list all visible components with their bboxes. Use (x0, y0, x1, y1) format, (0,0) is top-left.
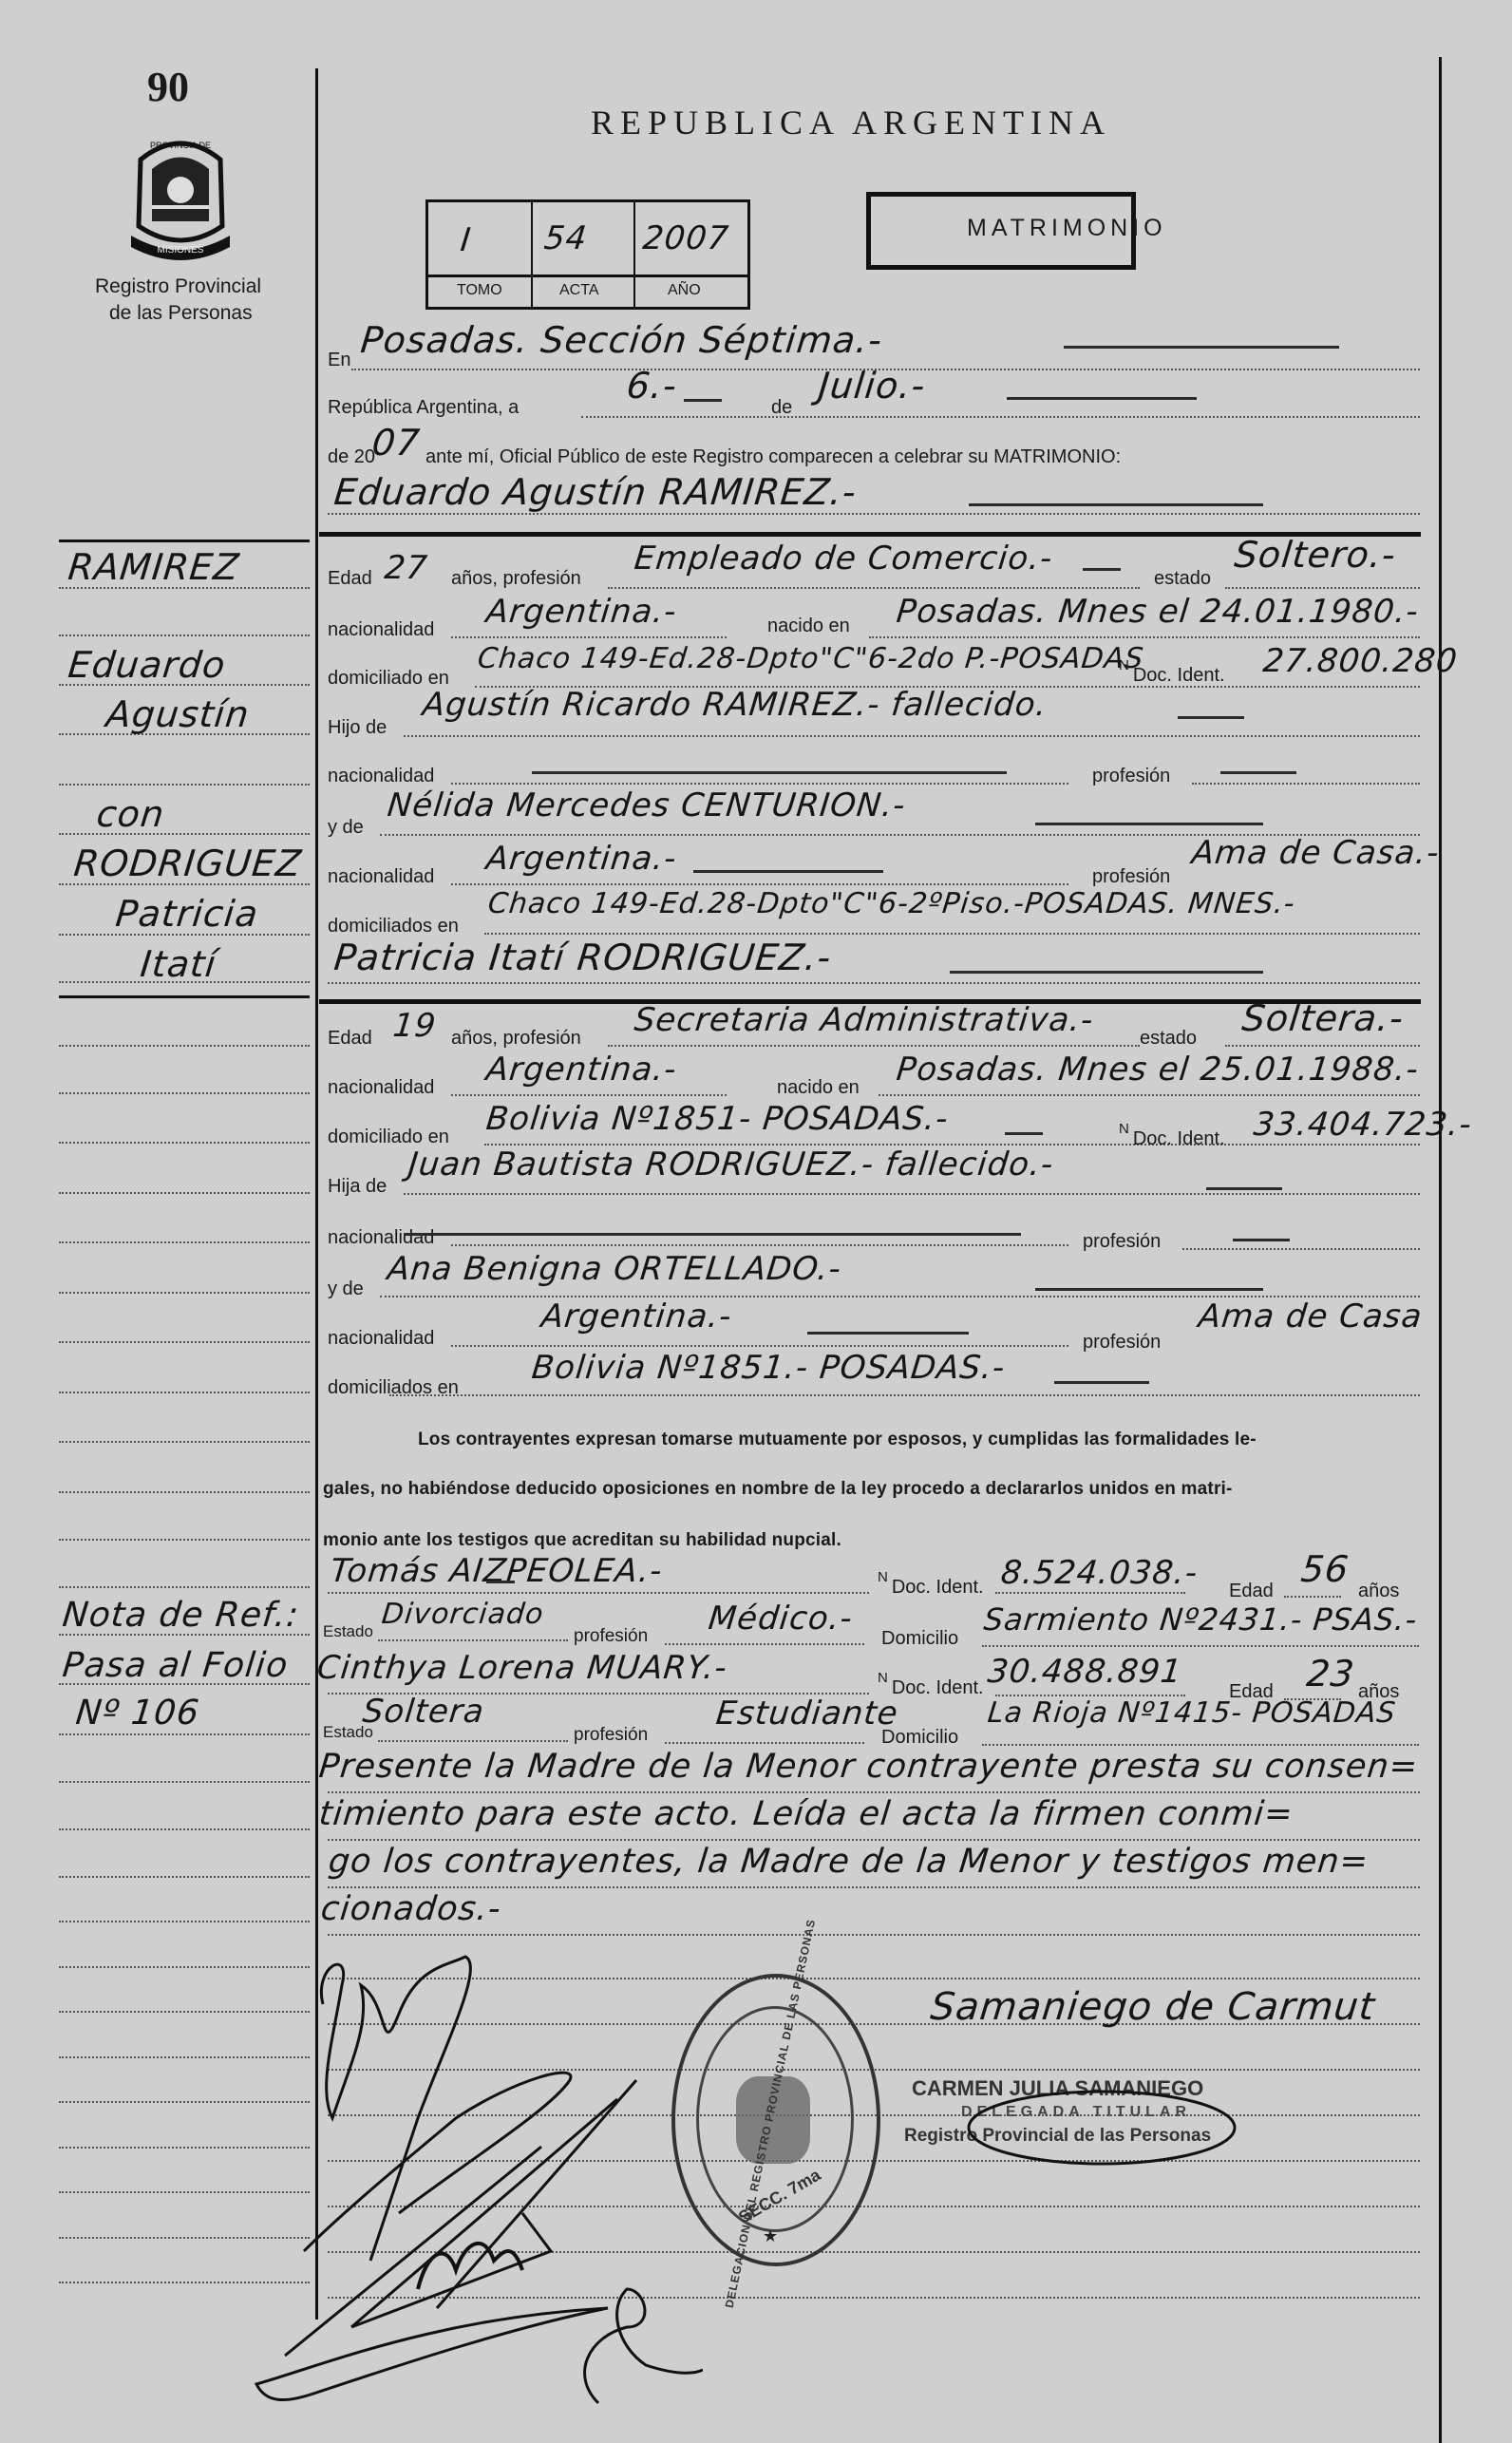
tomo-label: TOMO (457, 282, 502, 299)
bride-civil-status: Soltera.- (1240, 997, 1407, 1039)
margin-dotted-line (59, 1586, 310, 1588)
label-mother-profession: profesión (1083, 1332, 1161, 1354)
margin-dotted-line (59, 1092, 310, 1094)
country-title: REPUBLICA ARGENTINA (591, 103, 1111, 142)
officer-signature: Samaniego de Carmut (929, 1985, 1377, 2029)
margin-surname-groom: RAMIREZ (66, 546, 241, 588)
label-de-month: de (771, 397, 792, 419)
day-value: 6.- (625, 365, 680, 407)
margin-dotted-line (59, 1876, 310, 1878)
label-edad: Edad (328, 1028, 372, 1050)
bride-address: Bolivia Nº1851- POSADAS.- (484, 1100, 951, 1138)
note-line-4: cionados.- (319, 1890, 503, 1928)
label-hija-de: Hija de (328, 1176, 387, 1198)
bride-nationality: Argentina.- (484, 1051, 679, 1089)
margin-connector: con (95, 793, 167, 835)
act-type-label: MATRIMONIO (967, 215, 1167, 242)
bride-age: 19 (391, 1007, 438, 1045)
label-anos: años (1358, 1581, 1399, 1602)
label-profesion: profesión (574, 1626, 648, 1647)
declaration-line-1: Los contrayentes expresan tomarse mutuam… (418, 1430, 1257, 1450)
label-y-de: y de (328, 1278, 364, 1300)
label-domicilio: Domicilio (881, 1628, 958, 1650)
margin-dotted-line (59, 784, 310, 786)
label-domicilio: Domicilio (881, 1727, 958, 1749)
margin-dotted-line (59, 1292, 310, 1294)
label-en: En (328, 350, 350, 371)
label-anos-profesion: años, profesión (451, 568, 581, 590)
label-estado: estado (1154, 568, 1211, 590)
note-line-1: Presente la Madre de la Menor contrayent… (317, 1748, 1420, 1786)
groom-mother: Nélida Mercedes CENTURION.- (386, 786, 908, 824)
folio-number: 90 (147, 63, 189, 111)
witness-1-age: 56 (1299, 1548, 1351, 1590)
groom-doc-id: 27.800.280 (1261, 642, 1460, 680)
label-mother-profession: profesión (1092, 866, 1170, 888)
margin-dotted-line (59, 1392, 310, 1393)
label-edad: Edad (328, 568, 372, 590)
label-doc-ident: NDoc. Ident. (1123, 1128, 1225, 1150)
bride-birthplace: Posadas. Mnes el 25.01.1988.- (895, 1051, 1421, 1089)
margin-dotted-line (59, 1921, 310, 1922)
witness-1-address: Sarmiento Nº2431.- PSAS.- (982, 1601, 1419, 1638)
registry-name-line-2: de las Personas (109, 302, 253, 325)
margin-reference-note-2: Pasa al Folio (61, 1646, 291, 1685)
groom-profession: Empleado de Comercio.- (633, 540, 1055, 578)
label-edad: Edad (1229, 1581, 1274, 1602)
registry-name-line-1: Registro Provincial (95, 275, 261, 298)
bride-mother: Ana Benigna ORTELLADO.- (386, 1250, 843, 1288)
label-mother-nationality: nacionalidad (328, 866, 434, 888)
label-father-nationality: nacionalidad (328, 1227, 434, 1249)
margin-dotted-line (59, 634, 310, 636)
bride-father: Juan Bautista RODRIGUEZ.- fallecido.- (406, 1146, 1055, 1184)
svg-text:MISIONES: MISIONES (158, 245, 204, 256)
acta-label: ACTA (559, 282, 598, 299)
year-suffix-value: 07 (370, 422, 423, 464)
label-father-profession: profesión (1083, 1231, 1161, 1253)
groom-birthplace: Posadas. Mnes el 24.01.1980.- (895, 593, 1421, 631)
groom-full-name: Eduardo Agustín RAMIREZ.- (332, 471, 859, 513)
right-column-border (1439, 57, 1442, 2443)
label-doc-ident: NDoc. Ident. (1123, 665, 1225, 687)
groom-father: Agustín Ricardo RAMIREZ.- fallecido. (421, 686, 1049, 724)
witness-2-address: La Rioja Nº1415- POSADAS (986, 1696, 1397, 1730)
margin-surname-bride: RODRIGUEZ (72, 843, 304, 884)
declaration-line-2: gales, no habiéndose deducido oposicione… (323, 1479, 1233, 1500)
witness-2-profession: Estudiante (714, 1695, 900, 1733)
bride-mother-nationality: Argentina.- (539, 1297, 734, 1335)
label-father-profession: profesión (1092, 766, 1170, 787)
bride-doc-id: 33.404.723.- (1252, 1106, 1474, 1144)
label-y-de: y de (328, 817, 364, 839)
label-nacionalidad: nacionalidad (328, 619, 434, 641)
contracting-parties-signatures (228, 1928, 703, 2441)
witness-1-civil-status: Divorciado (380, 1598, 545, 1631)
bride-mother-profession: Ama de Casa (1197, 1297, 1425, 1335)
margin-dotted-line (59, 1491, 310, 1493)
label-nacido-en: nacido en (777, 1077, 860, 1099)
groom-mother-profession: Ama de Casa.- (1190, 834, 1442, 872)
margin-dotted-line (59, 1142, 310, 1144)
bride-parents-address: Bolivia Nº1851.- POSADAS.- (530, 1349, 1008, 1387)
place-value: Posadas. Sección Séptima.- (359, 319, 885, 361)
witness-2-name: Cinthya Lorena MUARY.- (315, 1649, 729, 1687)
officer-signature-loop (902, 2071, 1244, 2175)
margin-name-groom-1: Eduardo (66, 644, 228, 686)
bride-profession: Secretaria Administrativa.- (633, 1001, 1096, 1039)
margin-name-groom-2: Agustín (104, 693, 252, 735)
witness-2-age: 23 (1305, 1653, 1357, 1695)
acta-value: 54 (542, 219, 589, 257)
note-line-3: go los contrayentes, la Madre de la Meno… (327, 1843, 1370, 1881)
witness-2-civil-status: Soltera (361, 1693, 486, 1731)
coat-of-arms-emblem: PROVINCIA DE MISIONES (123, 131, 237, 262)
official-seal: DELEGACION DEL REGISTRO PROVINCIAL DE LA… (671, 1974, 880, 2266)
groom-civil-status: Soltero.- (1233, 534, 1398, 576)
label-nacido-en: nacido en (767, 615, 850, 637)
margin-dotted-line (59, 1192, 310, 1194)
groom-nationality: Argentina.- (484, 593, 679, 631)
label-ante-mi: ante mí, Oficial Público de este Registr… (425, 446, 1121, 468)
margin-dotted-line (59, 1781, 310, 1783)
label-mother-nationality: nacionalidad (328, 1328, 434, 1350)
label-estado: estado (1140, 1028, 1197, 1050)
groom-age: 27 (383, 549, 429, 587)
label-domiciliados-en: domiciliados en (328, 916, 459, 937)
margin-reference-note-1: Nota de Ref.: (61, 1596, 301, 1635)
month-value: Julio.- (817, 365, 928, 407)
label-hijo-de: Hijo de (328, 717, 387, 739)
emblem-icon: PROVINCIA DE MISIONES (123, 131, 237, 262)
label-anos-profesion: años, profesión (451, 1028, 581, 1050)
label-estado-cap: Estado (323, 1622, 373, 1641)
record-box: I 54 2007 TOMO ACTA AÑO (425, 199, 750, 310)
note-line-2: timiento para este acto. Leída el acta l… (317, 1795, 1295, 1833)
ano-value: 2007 (641, 219, 731, 257)
witness-1-profession: Médico.- (707, 1600, 855, 1638)
witness-1-doc-id: 8.524.038.- (999, 1554, 1200, 1592)
margin-reference-note-3: Nº 106 (74, 1694, 201, 1733)
margin-dotted-line (59, 1045, 310, 1047)
label-republica: República Argentina, a (328, 397, 519, 419)
label-de-year: de 20 (328, 446, 375, 468)
label-profesion: profesión (574, 1725, 648, 1746)
margin-name-bride-2: Itatí (139, 943, 218, 985)
groom-address: Chaco 149-Ed.28-Dpto"C"6-2do P.-POSADAS (476, 642, 1145, 675)
margin-dotted-line (59, 1539, 310, 1541)
witness-1-name: Tomás AIZPEOLEA.- (329, 1552, 665, 1590)
label-nacionalidad: nacionalidad (328, 1077, 434, 1099)
margin-dotted-line (59, 1341, 310, 1343)
margin-dotted-line (59, 1441, 310, 1443)
label-doc-ident: NDoc. Ident. (881, 1577, 984, 1599)
declaration-line-3: monio ante los testigos que acreditan su… (323, 1530, 841, 1551)
svg-text:PROVINCIA DE: PROVINCIA DE (150, 141, 211, 150)
margin-divider-top (59, 540, 310, 542)
margin-dotted-line (59, 1241, 310, 1243)
witness-2-doc-id: 30.488.891 (986, 1653, 1184, 1691)
groom-parents-address: Chaco 149-Ed.28-Dpto"C"6-2ºPiso.-POSADAS… (486, 887, 1296, 920)
margin-dotted-line (59, 1733, 310, 1735)
label-father-nationality: nacionalidad (328, 766, 434, 787)
ano-label: AÑO (668, 282, 701, 299)
groom-mother-nationality: Argentina.- (484, 840, 679, 878)
margin-divider-bottom (59, 995, 310, 998)
bride-full-name: Patricia Itatí RODRIGUEZ.- (332, 937, 834, 978)
seal-star-icon: ★ (763, 2226, 778, 2246)
margin-dotted-line (59, 1828, 310, 1830)
margin-name-bride-1: Patricia (114, 893, 261, 935)
